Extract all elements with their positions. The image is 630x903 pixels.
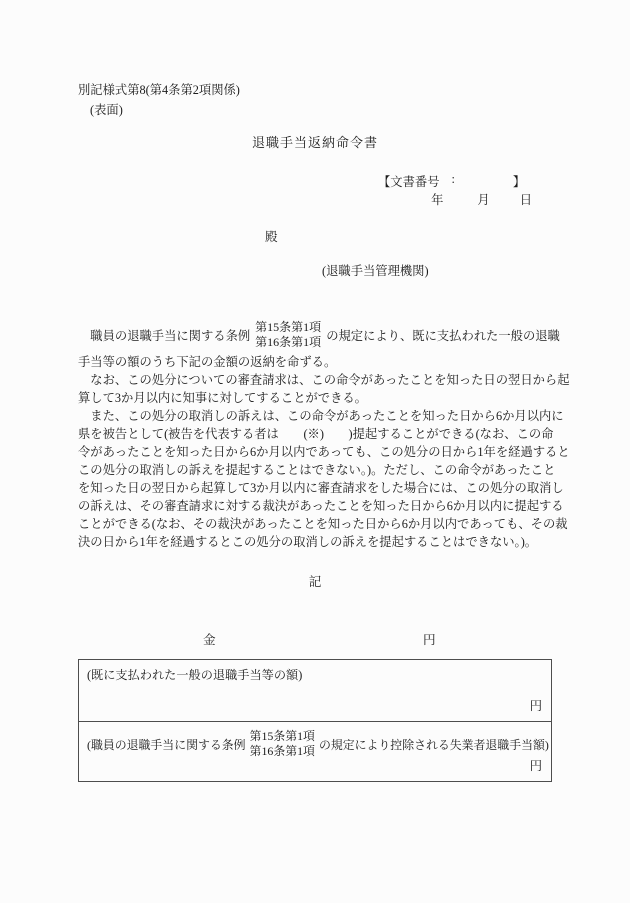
body-line: また、この処分の取消しの訴えは、この命令があったことを知った日から6か月以内に: [78, 407, 552, 425]
amount-breakdown-table: (既に支払われた一般の退職手当等の額) 円 (職員の退職手当に関する条例 第15…: [78, 659, 552, 782]
row2-label-with-statute: (職員の退職手当に関する条例 第15条第1項 第16条第1項 の規定により控除さ…: [87, 729, 543, 759]
body-line: 手当等の額のうち下記の金額の返納を命ずる。: [78, 353, 552, 371]
statute-suffix-text: の規定により、既に支払われた一般の退職: [326, 326, 560, 344]
addressee-honorific: 殿: [265, 226, 278, 245]
row2-statute-line-1: 第15条第1項: [250, 729, 315, 744]
document-title: 退職手当返納命令書: [0, 132, 630, 151]
ki-section-heading: 記: [78, 571, 552, 590]
issuer-agency-label: (退職手当管理機関): [322, 261, 429, 279]
date-line: 年 月 日: [431, 190, 532, 208]
row2-suffix-text: の規定により控除される失業者退職手当額): [319, 736, 549, 753]
body-line: なお、この処分についての審査請求は、この命令があったことを知った日の翌日から起: [78, 371, 552, 389]
document-number-label: 【文書番号: [378, 172, 440, 190]
statute-line-2: 第16条第1項: [255, 335, 321, 350]
body-line-with-statute: 職員の退職手当に関する条例 第15条第1項 第16条第1項 の規定により、既に支…: [78, 317, 552, 353]
row2-statute-line-2: 第16条第1項: [250, 744, 315, 759]
date-day-label: 日: [520, 190, 532, 208]
row2-prefix-text: (職員の退職手当に関する条例: [87, 736, 246, 753]
statute-citation-stack: 第15条第1項 第16条第1項: [255, 320, 321, 350]
date-month-label: 月: [477, 190, 489, 208]
body-line: の訴えは、その審査請求に対する裁決があったことを知った日から6か月以内に提起する: [78, 497, 552, 515]
statute-line-1: 第15条第1項: [255, 320, 321, 335]
amount-kin-label: 金: [203, 629, 216, 648]
body-line: 令があったことを知った日から6か月以内であっても、この処分の日から1年を経過する…: [78, 443, 552, 461]
body-line: を知った日の翌日から起算して3か月以内に審査請求をした場合には、この処分の取消し: [78, 479, 552, 497]
body-line: 県を被告として(被告を代表する者は (※) )提起することができる(なお、この命: [78, 425, 552, 443]
body-line: ことができる(なお、その裁決があったことを知った日から6か月以内であっても、その…: [78, 515, 552, 533]
amount-summary-line: 金 円: [78, 629, 552, 647]
body-text: 職員の退職手当に関する条例 第15条第1項 第16条第1項 の規定により、既に支…: [78, 317, 552, 551]
row2-yen-unit: 円: [530, 756, 542, 774]
table-row: (既に支払われた一般の退職手当等の額) 円: [79, 660, 551, 722]
document-page: 別記様式第8(第4条第2項関係) (表面) 退職手当返納命令書 【文書番号 : …: [0, 0, 630, 903]
body-line: 決の日から1年を経過するとこの処分の取消しの訴えを提起することはできない。)。: [78, 533, 552, 551]
document-number-field: 【文書番号 : 】: [378, 172, 525, 190]
body-line: この処分の取消しの訴えを提起することはできない。)。ただし、この命令があったこと: [78, 461, 552, 479]
document-number-close-bracket: 】: [513, 172, 525, 190]
document-number-colon: :: [452, 172, 455, 190]
amount-yen-label: 円: [423, 629, 436, 648]
form-style-number: 別記様式第8(第4条第2項関係): [78, 80, 240, 98]
front-side-label: (表面): [90, 100, 123, 118]
row1-label: (既に支払われた一般の退職手当等の額): [87, 666, 543, 683]
date-year-label: 年: [431, 190, 443, 208]
row1-yen-unit: 円: [530, 696, 542, 714]
statute-prefix-text: 職員の退職手当に関する条例: [78, 326, 250, 344]
row2-statute-citation-stack: 第15条第1項 第16条第1項: [250, 729, 315, 759]
table-row: (職員の退職手当に関する条例 第15条第1項 第16条第1項 の規定により控除さ…: [79, 722, 551, 781]
body-line: 算して3か月以内に知事に対してすることができる。: [78, 389, 552, 407]
